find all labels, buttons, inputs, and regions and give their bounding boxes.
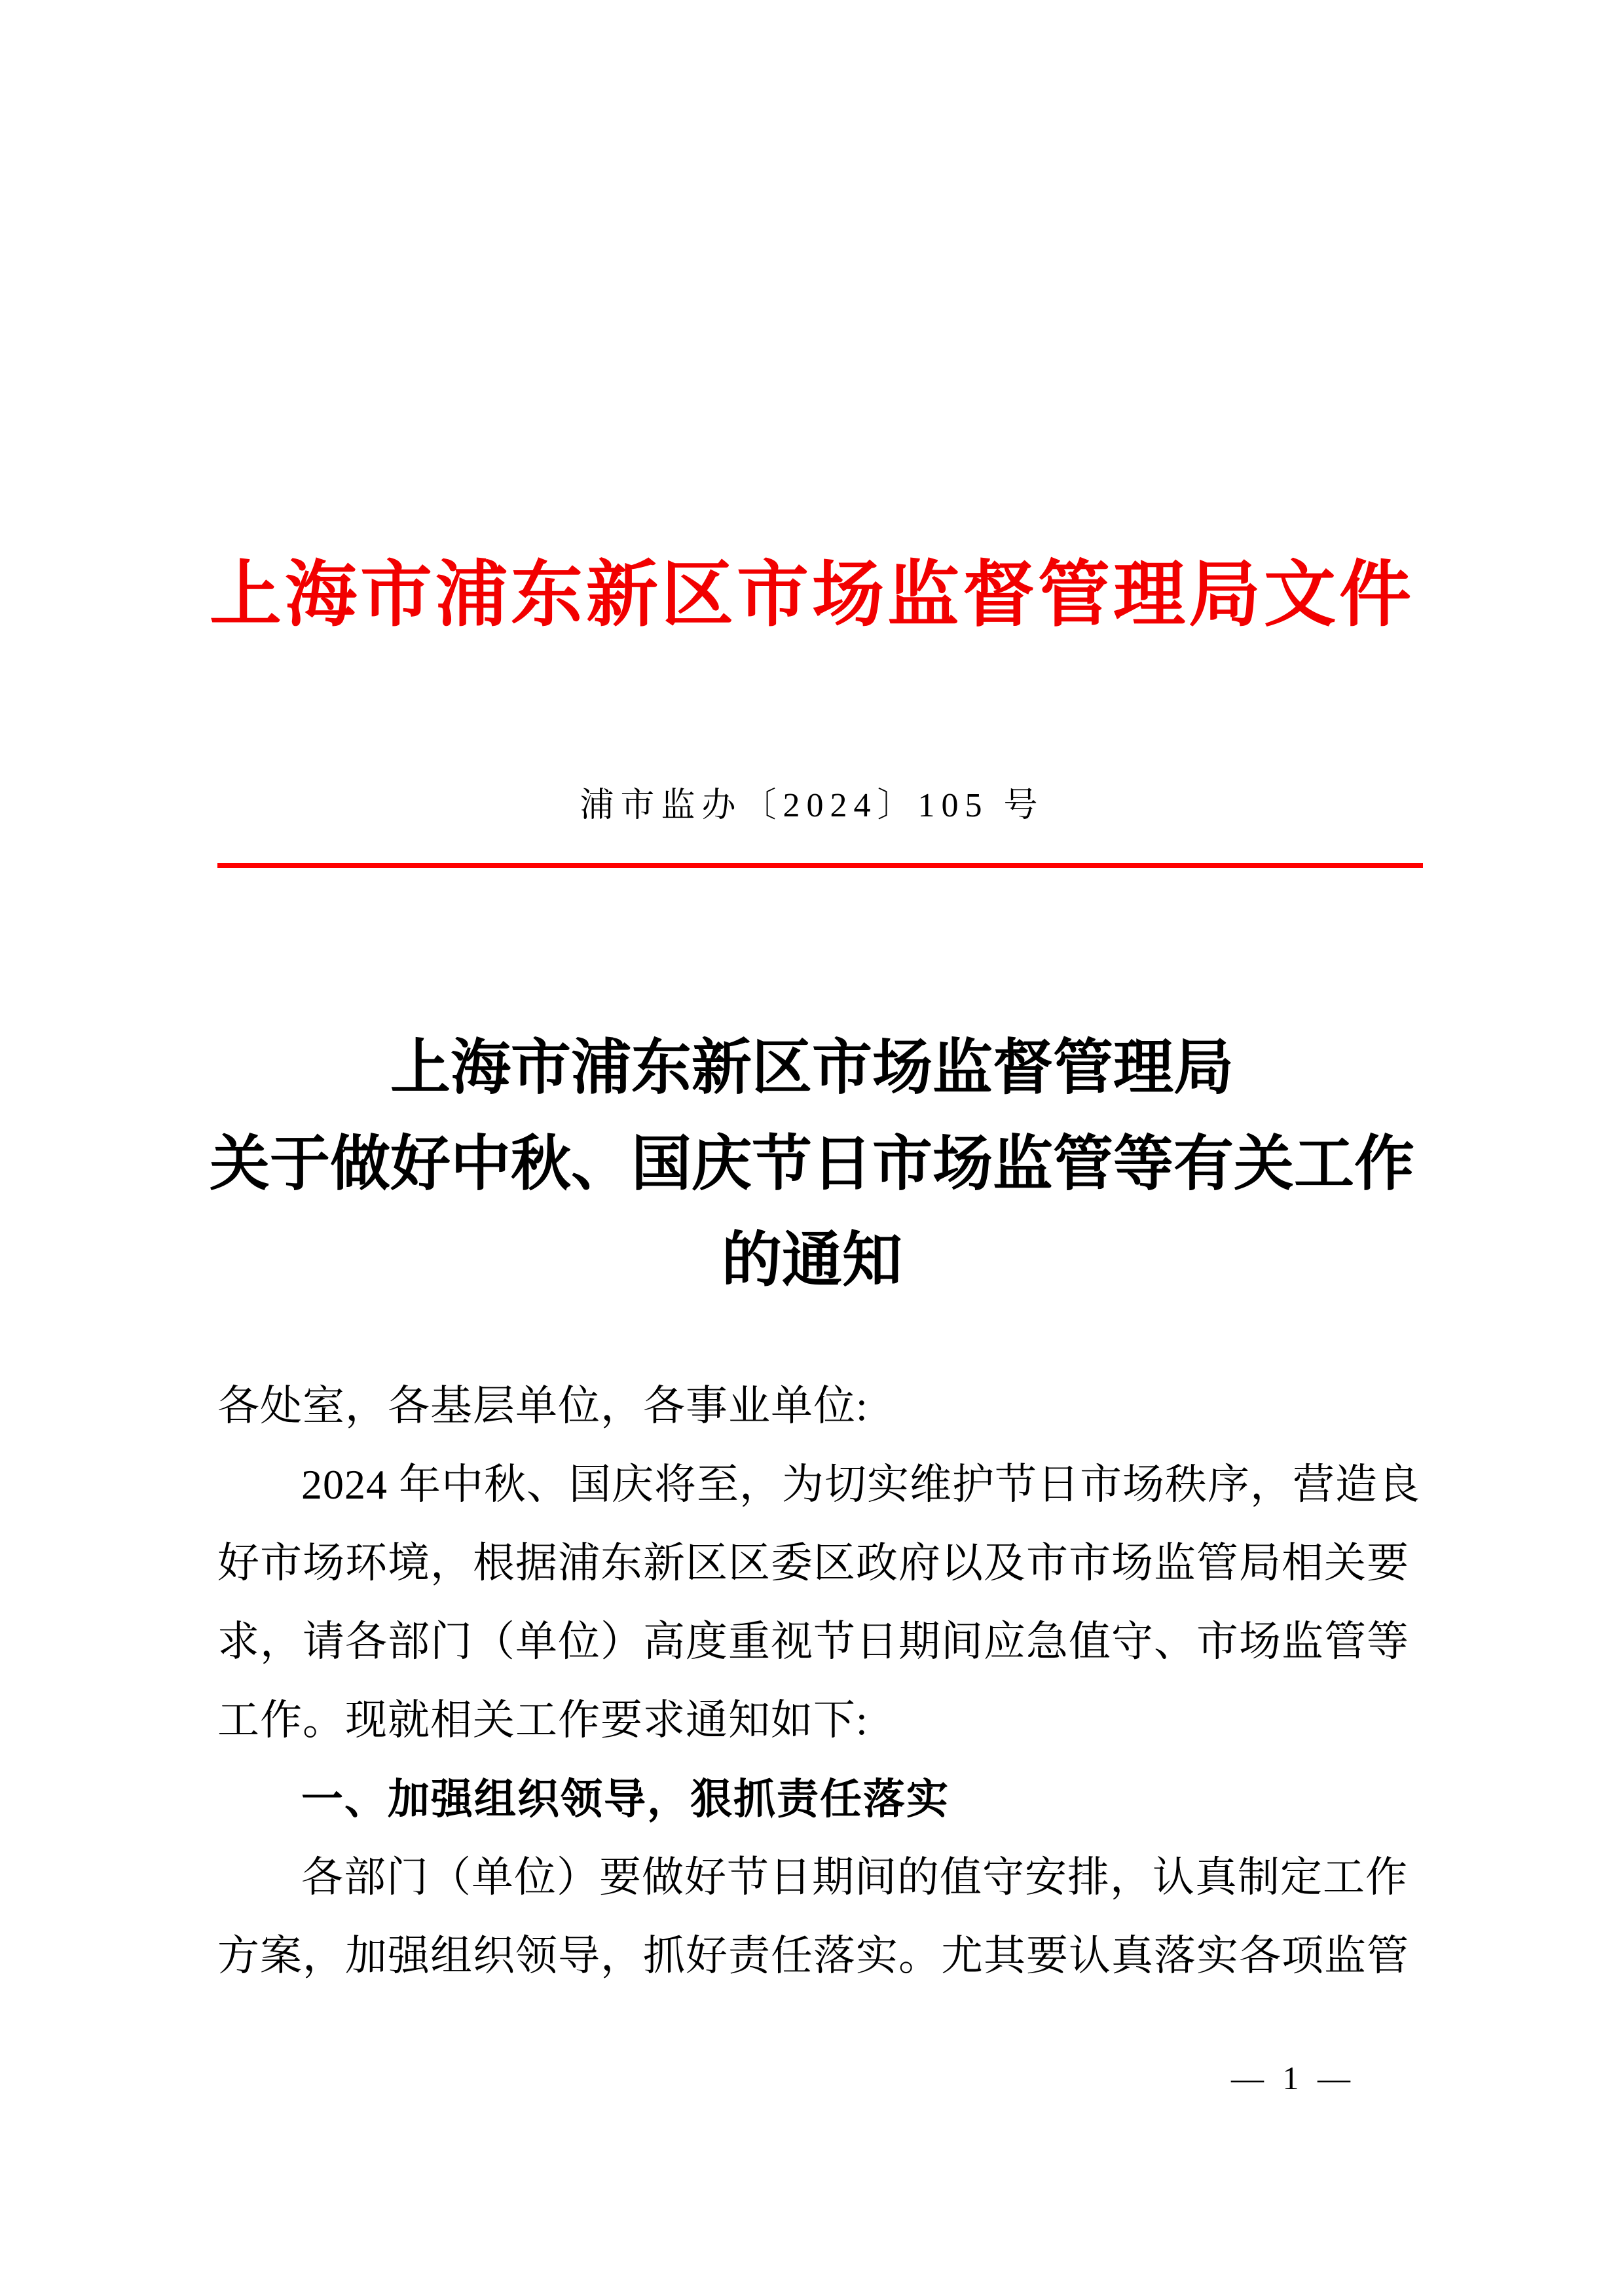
official-document-page: 上海市浦东新区市场监督管理局文件 浦市监办〔2024〕105 号 上海市浦东新区… (0, 0, 1624, 2296)
body-line: 好市场环境，根据浦东新区区委区政府以及市市场监管局相关要 (217, 1524, 1423, 1603)
body-line: 求，请各部门（单位）高度重视节日期间应急值守、市场监管等 (217, 1603, 1423, 1681)
page-number: — 1 — (1231, 2058, 1356, 2098)
document-reference-number: 浦市监办〔2024〕105 号 (0, 786, 1624, 826)
document-title-line-2: 关于做好中秋、国庆节日市场监管等有关工作 (0, 1116, 1624, 1212)
salutation: 各处室，各基层单位，各事业单位: (217, 1367, 1423, 1446)
document-title-line-3: 的通知 (0, 1212, 1624, 1309)
document-body: 各处室，各基层单位，各事业单位: 2024 年中秋、国庆将至，为切实维护节日市场… (217, 1367, 1423, 1995)
document-title-line-1: 上海市浦东新区市场监督管理局 (0, 1020, 1624, 1116)
red-divider-rule (217, 863, 1423, 868)
body-paragraph-lines: 2024 年中秋、国庆将至，为切实维护节日市场秩序，营造良好市场环境，根据浦东新… (217, 1446, 1423, 1995)
section-heading: 一、加强组织领导，狠抓责任落实 (217, 1760, 1423, 1838)
document-title: 上海市浦东新区市场监督管理局 关于做好中秋、国庆节日市场监管等有关工作 的通知 (0, 1020, 1624, 1309)
body-line: 2024 年中秋、国庆将至，为切实维护节日市场秩序，营造良 (217, 1446, 1423, 1524)
body-line: 各部门（单位）要做好节日期间的值守安排，认真制定工作 (217, 1838, 1423, 1917)
agency-red-header-title: 上海市浦东新区市场监督管理局文件 (0, 556, 1624, 634)
body-line: 工作。现就相关工作要求通知如下: (217, 1681, 1423, 1760)
body-line: 方案，加强组织领导，抓好责任落实。尤其要认真落实各项监管 (217, 1917, 1423, 1995)
